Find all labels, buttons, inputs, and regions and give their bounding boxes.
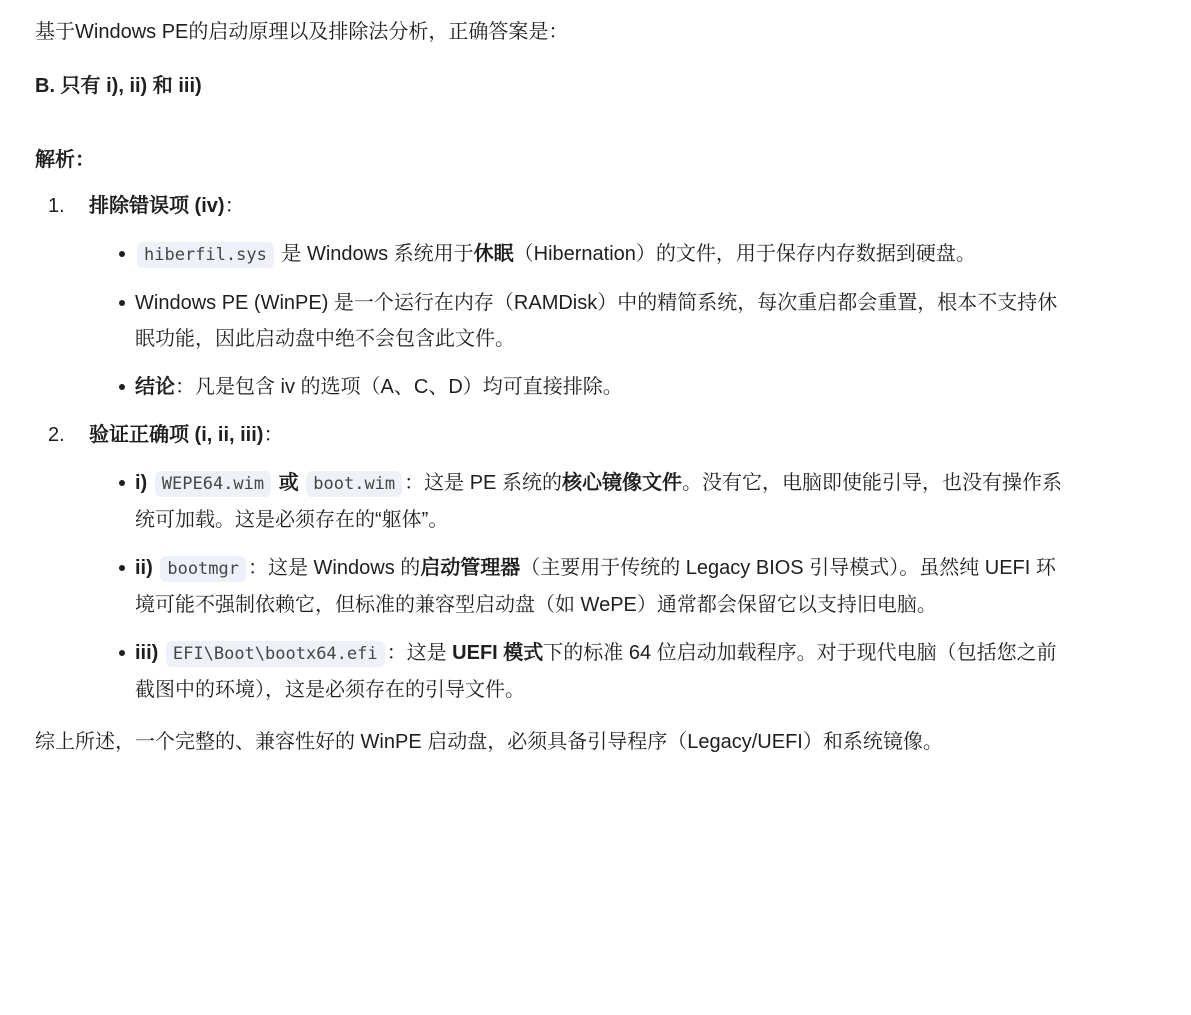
code-chip-wepe64: WEPE64.wim [155,471,271,497]
code-chip-bootmgr: bootmgr [160,556,246,582]
bullet-item: i) WEPE64.wim 或 boot.wim：这是 PE 系统的核心镜像文件… [89,465,1075,538]
bullet-bold-text: UEFI 模式 [452,642,543,664]
step-2-bullets: i) WEPE64.wim 或 boot.wim：这是 PE 系统的核心镜像文件… [89,465,1075,708]
bullet-text: ：这是 PE 系统的 [404,472,562,494]
bullet-bold-text: 休眠 [474,243,514,265]
bullet-text: ：这是 Windows 的 [248,557,420,579]
step-number: 1. [48,188,65,224]
analysis-steps-list: 1. 排除错误项 (iv)： hiberfil.sys 是 Windows 系统… [35,188,1075,708]
bullet-bold-text: 核心镜像文件 [562,472,682,494]
step-title: 排除错误项 (iv) [89,195,225,217]
bullet-item: ii) bootmgr：这是 Windows 的启动管理器（主要用于传统的 Le… [89,550,1075,623]
step-item-2: 2. 验证正确项 (i, ii, iii)： i) WEPE64.wim 或 b… [35,417,1075,708]
bullet-text: 是 Windows 系统用于 [276,243,474,265]
summary-paragraph: 综上所述，一个完整的、兼容性好的 WinPE 启动盘，必须具备引导程序（Lega… [35,724,1075,760]
intro-paragraph: 基于Windows PE的启动原理以及排除法分析，正确答案是： [35,14,1075,50]
bullet-label: ii) [135,557,153,579]
bullet-bold-text: 结论 [135,376,175,398]
code-chip-hiberfil: hiberfil.sys [137,242,274,268]
analysis-heading: 解析： [35,142,1075,178]
response-content: 基于Windows PE的启动原理以及排除法分析，正确答案是： B. 只有 i)… [0,0,1075,760]
bullet-item: 结论：凡是包含 iv 的选项（A、C、D）均可直接排除。 [89,369,1075,405]
step-1-bullets: hiberfil.sys 是 Windows 系统用于休眠（Hibernatio… [89,236,1075,405]
answer-paragraph: B. 只有 i), ii) 和 iii) [35,68,1075,104]
bullet-text: ：这是 [387,642,453,664]
step-number: 2. [48,417,65,453]
bullet-item: Windows PE (WinPE) 是一个运行在内存（RAMDisk）中的精简… [89,285,1075,357]
bullet-item: hiberfil.sys 是 Windows 系统用于休眠（Hibernatio… [89,236,1075,273]
code-chip-bootwim: boot.wim [306,471,402,497]
bullet-text: （Hibernation）的文件，用于保存内存数据到硬盘。 [514,243,976,265]
bullet-or-text: 或 [279,472,299,494]
step-colon: ： [225,195,245,217]
step-item-1: 1. 排除错误项 (iv)： hiberfil.sys 是 Windows 系统… [35,188,1075,405]
bullet-label: i) [135,472,147,494]
bullet-text: ：凡是包含 iv 的选项（A、C、D）均可直接排除。 [175,376,623,398]
step-title: 验证正确项 (i, ii, iii) [89,424,263,446]
code-chip-bootx64: EFI\Boot\bootx64.efi [166,641,385,667]
bullet-label: iii) [135,642,158,664]
bullet-text: Windows PE (WinPE) 是一个运行在内存（RAMDisk）中的精简… [135,292,1057,350]
step-colon: ： [263,424,283,446]
bullet-item: iii) EFI\Boot\bootx64.efi：这是 UEFI 模式下的标准… [89,635,1075,708]
bullet-bold-text: 启动管理器 [420,557,520,579]
